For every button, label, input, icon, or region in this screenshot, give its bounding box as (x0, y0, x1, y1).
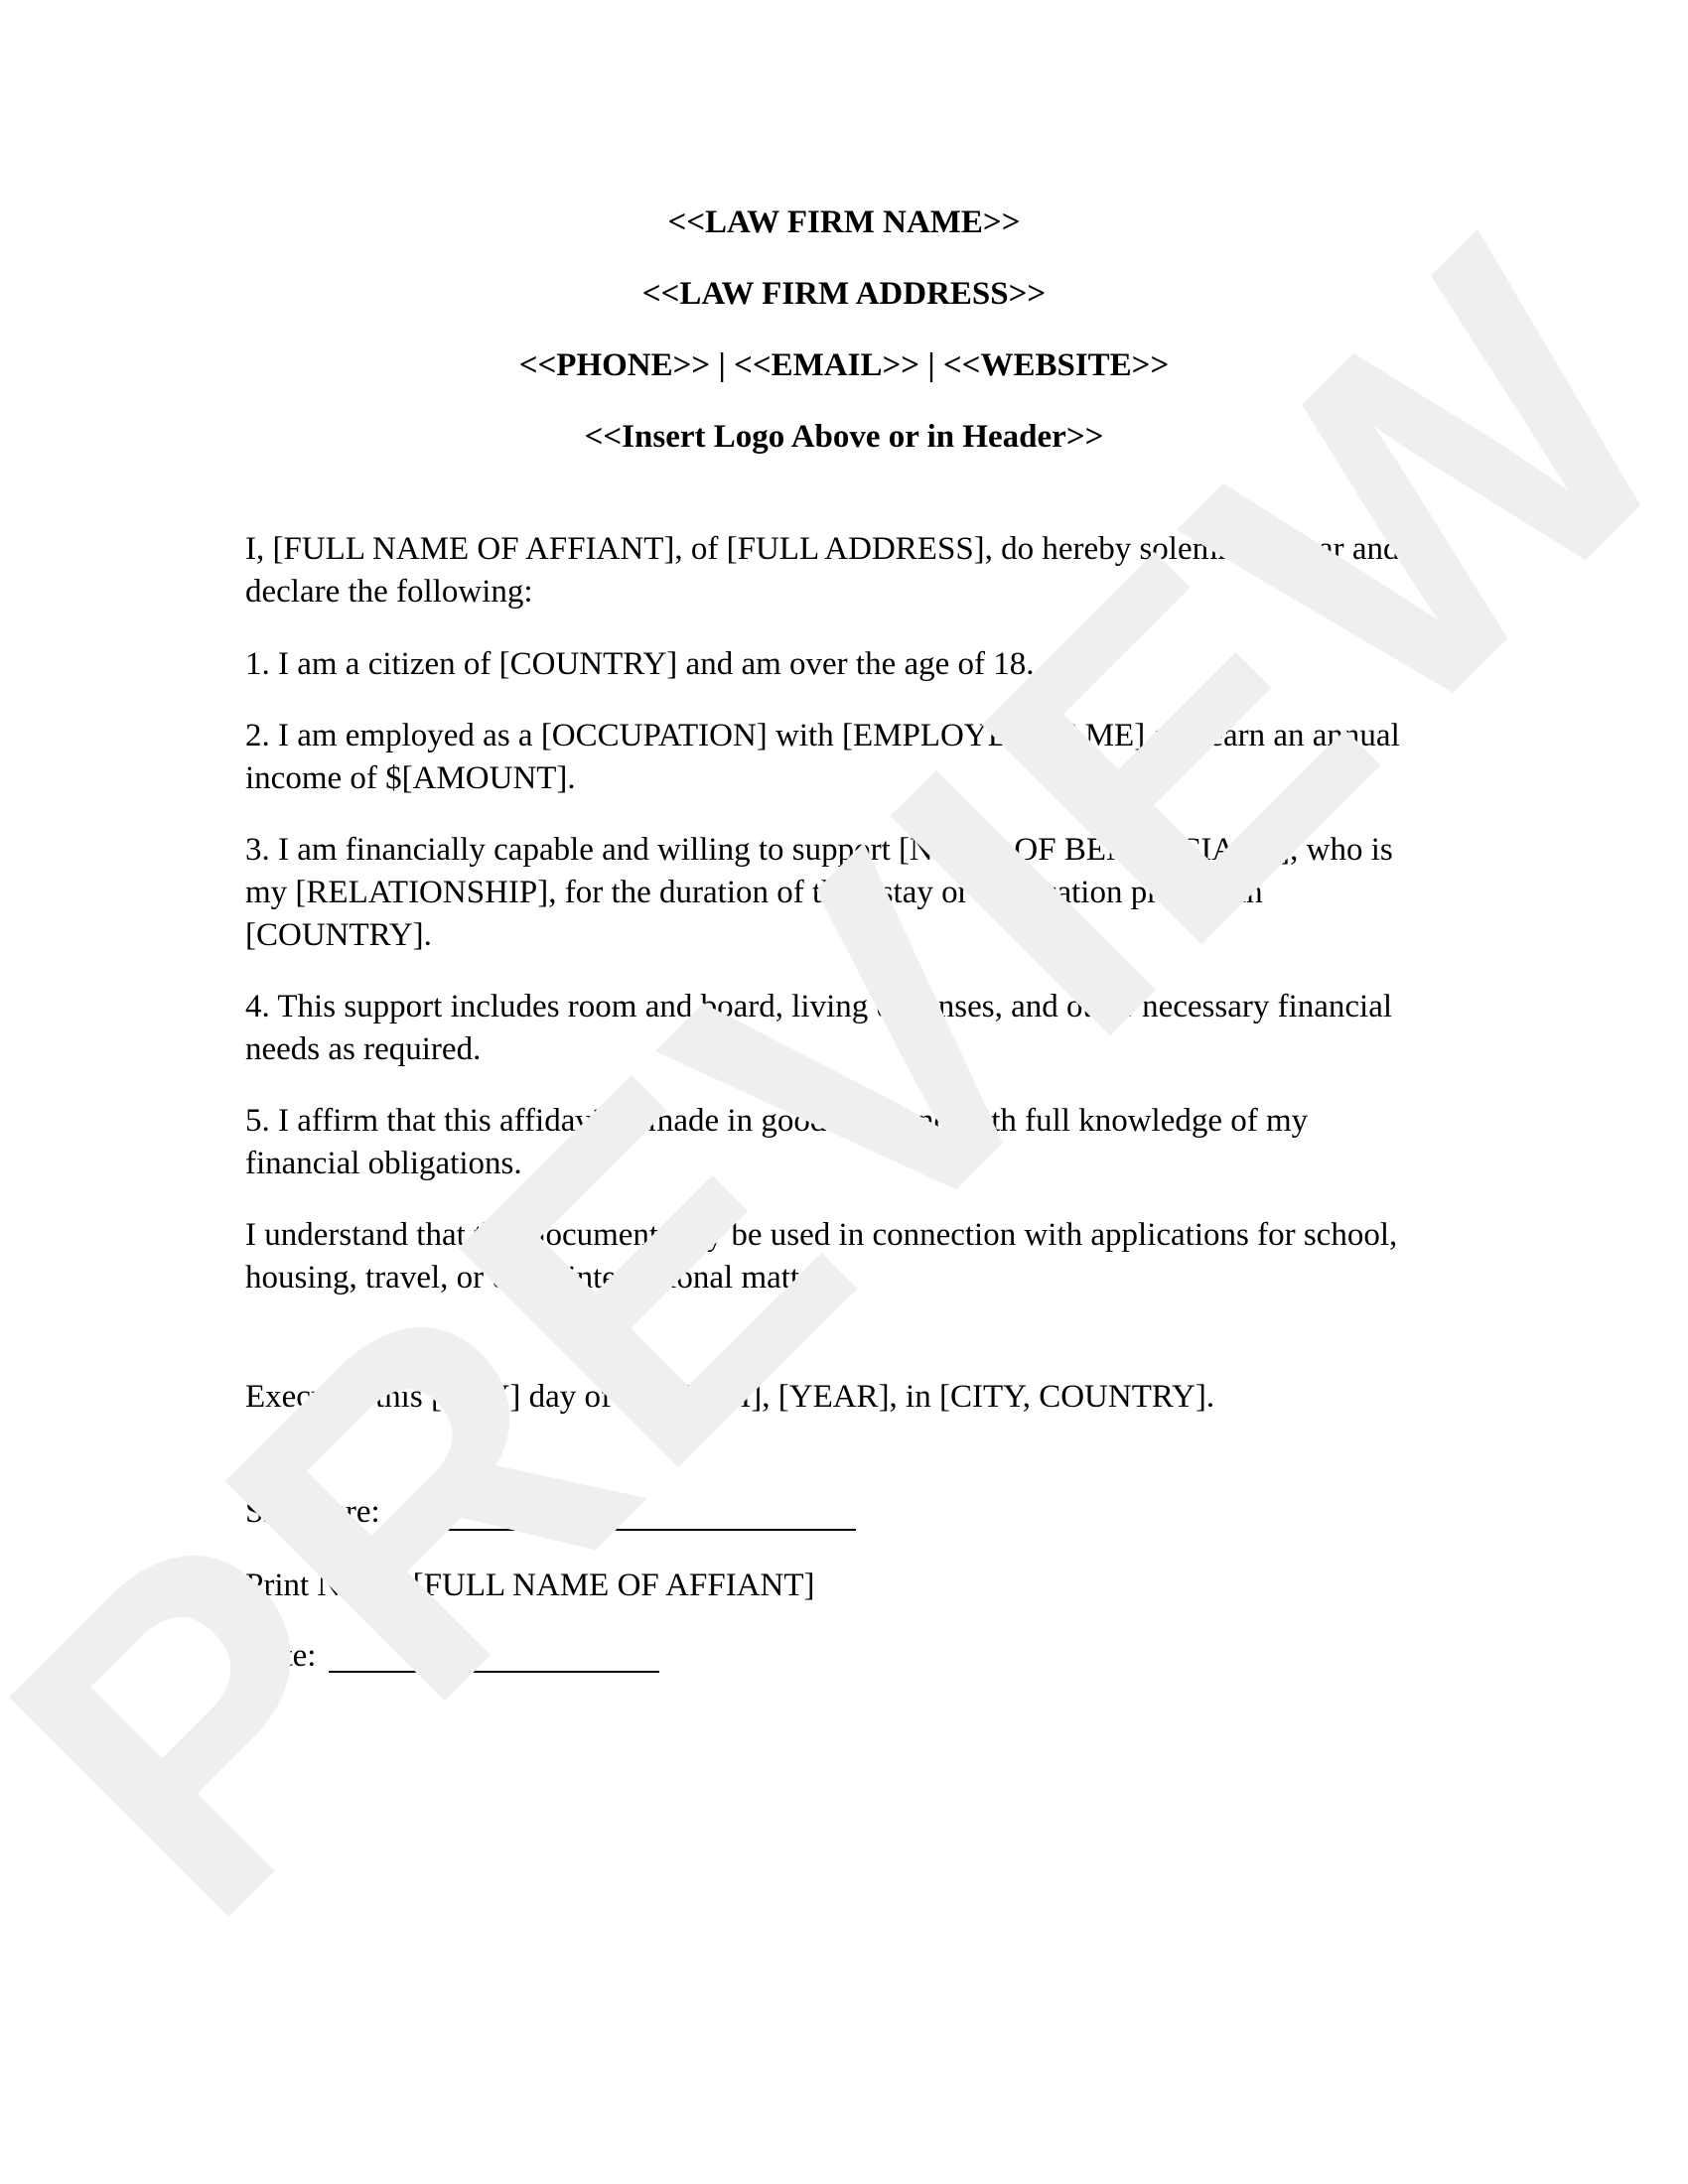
item-line: needs as required. (245, 1028, 1437, 1071)
contact-line: <<PHONE>> | <<EMAIL>> | <<WEBSITE>> (0, 345, 1688, 385)
intro-paragraph: I, [FULL NAME OF AFFIANT], of [FULL ADDR… (245, 528, 1437, 614)
item-line: [COUNTRY]. (245, 914, 1437, 957)
item-line: 1. I am a citizen of [COUNTRY] and am ov… (245, 643, 1437, 686)
executed-statement: Executed this [DAY] day of [MONTH], [YEA… (245, 1376, 1437, 1419)
item-line: 5. I affirm that this affidavit is made … (245, 1100, 1437, 1143)
signature-label: Signature: (245, 1491, 380, 1534)
item-line: my [RELATIONSHIP], for the duration of t… (245, 872, 1437, 914)
item-line: financial obligations. (245, 1143, 1437, 1185)
item-5: 5. I affirm that this affidavit is made … (245, 1100, 1437, 1185)
law-firm-address: <<LAW FIRM ADDRESS>> (0, 274, 1688, 314)
item-3: 3. I am financially capable and willing … (245, 829, 1437, 957)
date-field[interactable] (329, 1671, 659, 1673)
law-firm-name: <<LAW FIRM NAME>> (0, 203, 1688, 242)
item-line: 3. I am financially capable and willing … (245, 829, 1437, 872)
intro-line: declare the following: (245, 571, 1437, 614)
item-1: 1. I am a citizen of [COUNTRY] and am ov… (245, 643, 1437, 686)
item-4: 4. This support includes room and board,… (245, 986, 1437, 1071)
signature-field[interactable] (392, 1529, 856, 1531)
executed-line: Executed this [DAY] day of [MONTH], [YEA… (245, 1376, 1437, 1419)
understanding-line: I understand that this document may be u… (245, 1214, 1437, 1257)
item-line: 4. This support includes room and board,… (245, 986, 1437, 1028)
item-line: 2. I am employed as a [OCCUPATION] with … (245, 715, 1437, 757)
item-2: 2. I am employed as a [OCCUPATION] with … (245, 715, 1437, 800)
understanding-paragraph: I understand that this document may be u… (245, 1214, 1437, 1299)
date-label: Date: (245, 1635, 316, 1678)
print-name-label: Print Name: [FULL NAME OF AFFIANT] (245, 1565, 815, 1607)
intro-line: I, [FULL NAME OF AFFIANT], of [FULL ADDR… (245, 528, 1437, 571)
understanding-line: housing, travel, or other international … (245, 1257, 1437, 1299)
document-page: <<LAW FIRM NAME>> <<LAW FIRM ADDRESS>> <… (0, 0, 1688, 2184)
item-line: income of $[AMOUNT]. (245, 757, 1437, 800)
logo-placeholder-note: <<Insert Logo Above or in Header>> (0, 417, 1688, 457)
